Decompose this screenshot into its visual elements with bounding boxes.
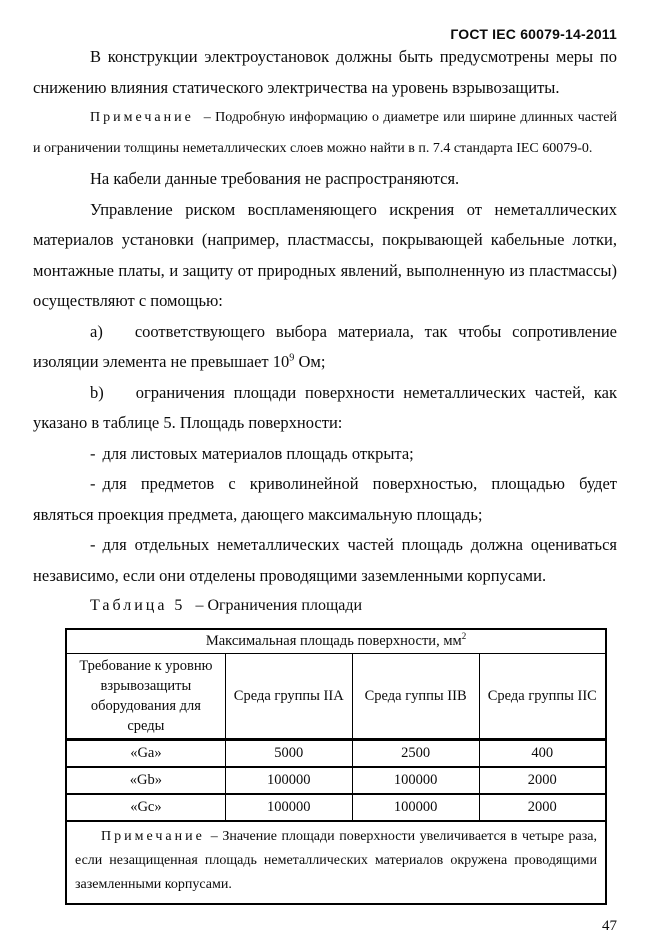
dash-item-sheet-materials: -для листовых материалов площадь открыта… [33, 439, 617, 470]
paragraph-cables: На кабели данные требования не распростр… [33, 164, 617, 195]
dash-item-text: для листовых материалов площадь открыта; [103, 444, 414, 463]
table-column-header-row: Требование к уровню взрывозащиты оборудо… [66, 653, 606, 739]
table-span-header-row: Максимальная площадь поверхности, мм2 [66, 629, 606, 654]
table-5-area-limits: Максимальная площадь поверхности, мм2 Тр… [65, 628, 607, 905]
dash-item-text: для отдельных неметаллических частей пло… [33, 535, 617, 585]
table-caption-label: Таблица 5 [90, 597, 185, 614]
dash-item-separate-parts: -для отдельных неметаллических частей пл… [33, 530, 617, 591]
table-caption: Таблица 5– Ограничения площади [33, 591, 617, 622]
table-row-gc: «Gc» 100000 100000 2000 [66, 794, 606, 821]
col-header-group-iic: Среда группы IIC [479, 653, 606, 739]
cell-iib: 100000 [352, 794, 479, 821]
dash-item-curved-surface: -для предметов с криволинейной поверхнос… [33, 469, 617, 530]
superscript-mm2: 2 [462, 631, 467, 641]
table-row-ga: «Ga» 5000 2500 400 [66, 739, 606, 767]
table-caption-text: – Ограничения площади [195, 597, 362, 614]
cell-iic: 2000 [479, 794, 606, 821]
table-row-gb: «Gb» 100000 100000 2000 [66, 767, 606, 794]
dash-item-text: для предметов с криволинейной поверхност… [33, 474, 617, 524]
cell-iia: 100000 [225, 794, 352, 821]
dash-item-marker: - [90, 474, 96, 493]
col-header-epl: Требование к уровню взрывозащиты оборудо… [66, 653, 225, 739]
cell-level: «Gb» [66, 767, 225, 794]
col-header-group-iib: Среда гуппы IIB [352, 653, 479, 739]
cell-iib: 2500 [352, 739, 479, 767]
running-header: ГОСТ IEC 60079-14-2011 [33, 26, 617, 42]
list-item-b: b)ограничения площади поверхности немета… [33, 378, 617, 439]
table-note-cell: Примечание– Значение площади поверхности… [66, 821, 606, 904]
paragraph-risk-management: Управление риском воспламеняющего искрен… [33, 195, 617, 317]
table-note-row: Примечание– Значение площади поверхности… [66, 821, 606, 904]
cell-iia: 5000 [225, 739, 352, 767]
page-number: 47 [33, 917, 617, 935]
cell-iic: 2000 [479, 767, 606, 794]
table-note-label: Примечание [101, 829, 205, 844]
span-header-text: Максимальная площадь поверхности, мм [206, 633, 462, 649]
table-span-header-cell: Максимальная площадь поверхности, мм2 [66, 629, 606, 654]
cell-iib: 100000 [352, 767, 479, 794]
list-item-a-text-end: Ом; [294, 352, 325, 371]
list-item-a: a)соответствующего выбора материала, так… [33, 317, 617, 378]
list-item-b-label: b) [90, 383, 104, 402]
list-item-b-text: ограничения площади поверхности неметалл… [33, 383, 617, 433]
dash-item-marker: - [90, 535, 96, 554]
note-paragraph: Примечание– Подробную информацию о диаме… [33, 103, 617, 164]
list-item-a-label: a) [90, 322, 103, 341]
cell-iic: 400 [479, 739, 606, 767]
cell-level: «Gc» [66, 794, 225, 821]
paragraph-static-electricity: В конструкции электроустановок должны бы… [33, 42, 617, 103]
note-label: Примечание [90, 110, 194, 125]
col-header-group-iia: Среда группы IIA [225, 653, 352, 739]
document-page: ГОСТ IEC 60079-14-2011 В конструкции эле… [0, 0, 661, 936]
cell-iia: 100000 [225, 767, 352, 794]
dash-item-marker: - [90, 444, 96, 463]
cell-level: «Ga» [66, 739, 225, 767]
